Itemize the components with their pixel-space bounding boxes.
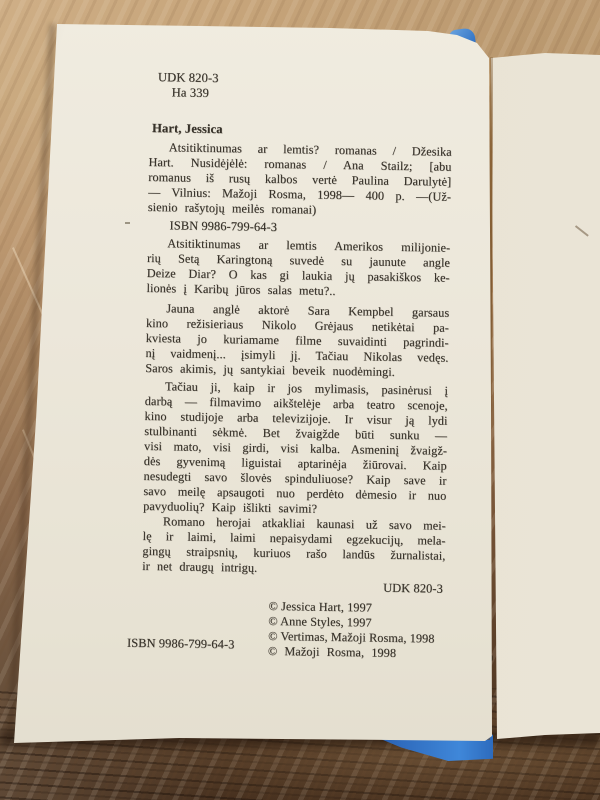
udk-code-bottom: UDK 820-3 (142, 577, 445, 597)
text-line: © Mažoji Rosma, 1998 (268, 644, 444, 662)
paper-speck (226, 569, 228, 571)
bibliographic-record: Atsitiktinumas ar lemtis? romanas / Džes… (148, 140, 452, 220)
paper-speck (125, 222, 130, 224)
author-heading: Hart, Jessica (149, 120, 452, 141)
isbn-bottom: ISBN 9986-799-64-3 (127, 636, 235, 653)
annotation-paragraph: Romano herojai atkakliai kaunasi už savo… (142, 514, 446, 579)
isbn-top: ISBN 9986-799-64-3 (147, 218, 450, 238)
imprint-text-block: UDK 820-3 Ha 339 Hart, Jessica Atsitikti… (141, 70, 453, 662)
annotation-paragraph: Jauna anglė aktorė Sara Kempbel garsausk… (145, 301, 449, 381)
annotation-paragraph: Atsitiktinumas ar lemtis Amerikos milijo… (146, 236, 450, 301)
copyright-block: © Jessica Hart, 1997© Anne Styles, 1997©… (141, 597, 445, 662)
annotation-paragraph: Tačiau ji, kaip ir jos mylimasis, pasinė… (143, 379, 448, 519)
book-photo: UDK 820-3 Ha 339 Hart, Jessica Atsitikti… (0, 0, 600, 800)
